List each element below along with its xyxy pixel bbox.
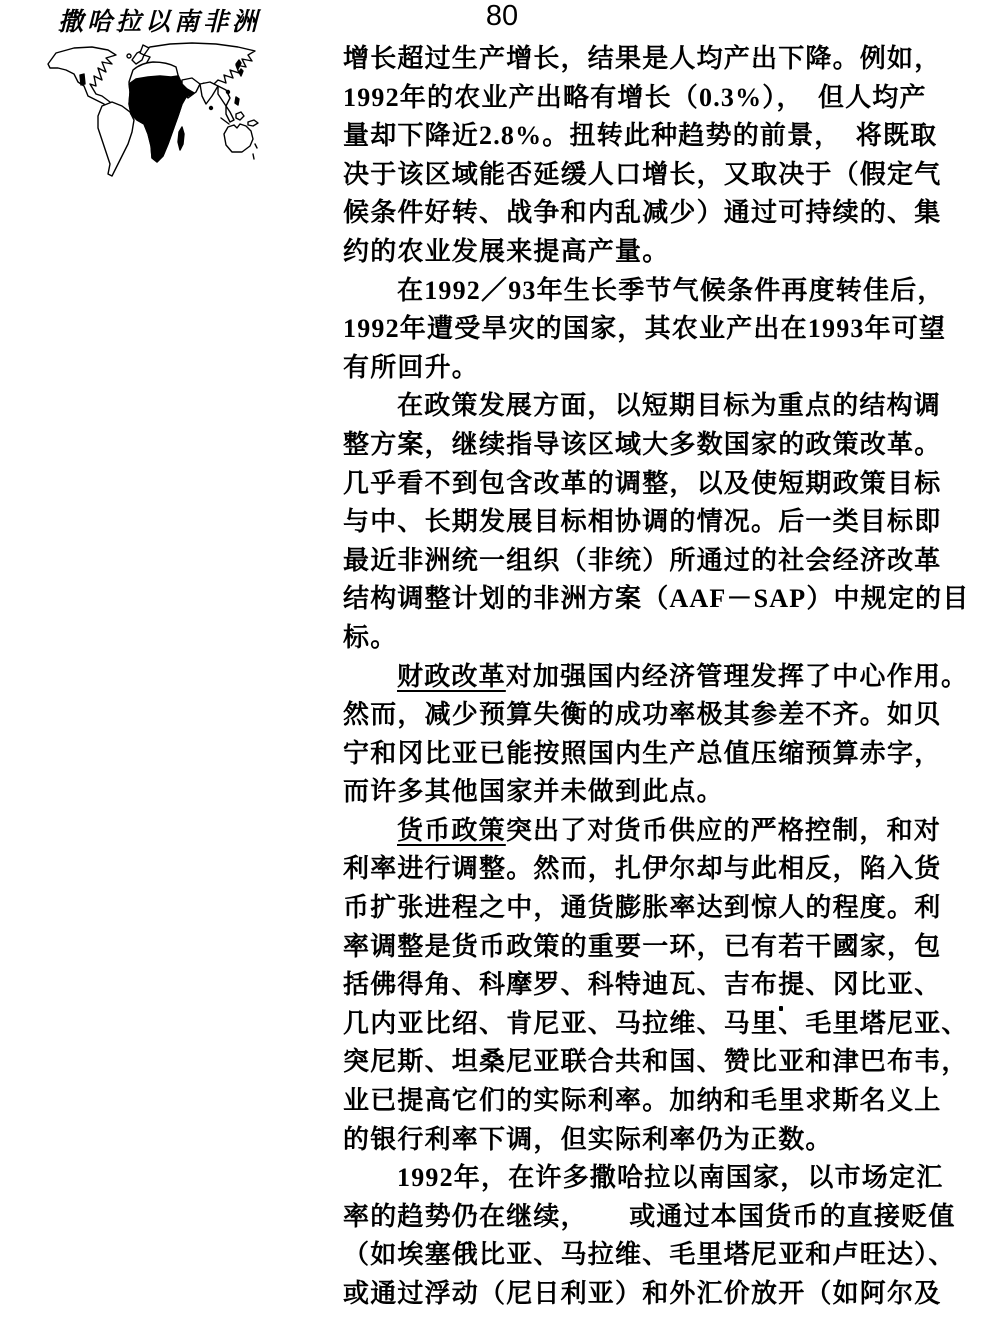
new-zealand-icon (255, 144, 257, 148)
world-map-africa-highlighted-icon (40, 40, 270, 192)
text-line: （如埃塞俄比亚、马拉维、毛里塔尼亚和卢旺达）、 (343, 1236, 983, 1275)
text-line: 突尼斯、坦桑尼亚联合共和国、赞比亚和津巴布韦， (343, 1043, 983, 1082)
text-line: 1992年的农业产出略有增长（0.3%）， 但人均产 (343, 79, 983, 118)
text-line: 决于该区域能否延缓人口增长，又取决于（假定气 (343, 156, 983, 195)
text-line: 的银行利率下调，但实际利率仍为正数。 (343, 1121, 983, 1160)
british-isles-icon (127, 54, 131, 58)
text-line: 货币政策突出了对货币供应的严格控制，和对 (343, 812, 983, 851)
new-guinea-outline (248, 120, 258, 126)
text-line: 1992年遭受旱灾的国家，其农业产出在1993年可望 (343, 310, 983, 349)
page-number: 80 (452, 0, 552, 33)
text-line: 约的农业发展来提高产量。 (343, 233, 983, 272)
text-line: 或通过浮动（尼日利亚）和外汇价放开（如阿尔及 (343, 1275, 983, 1314)
text-line: 增长超过生产增长，结果是人均产出下降。例如， (343, 40, 983, 79)
text-line: 1992年，在许多撒哈拉以南国家，以市场定汇 (343, 1159, 983, 1198)
text-line: 几内亚比绍、肯尼亚、马拉维、马里、毛里塔尼亚、 (343, 1005, 983, 1044)
text-line: 币扩张进程之中，通货膨胀率达到惊人的程度。利 (343, 889, 983, 928)
text-line: 候条件好转、战争和内乱减少）通过可持续的、集 (343, 194, 983, 233)
scan-artifact-dot (779, 1006, 783, 1011)
taiwan-icon (227, 91, 230, 94)
text-line: 财政改革对加强国内经济管理发挥了中心作用。 (343, 658, 983, 697)
text-line: 宁和冈比亚已能按照国内生产总值压缩预算赤字， (343, 735, 983, 774)
new-zealand-icon (253, 154, 254, 159)
text-line: 率的趋势仍在继续， 或通过本国货币的直接贬值 (343, 1198, 983, 1237)
map-mark (80, 74, 85, 85)
malay-peninsula-outline (226, 106, 234, 122)
text-line: 率调整是货币政策的重要一环，已有若干國家，包 (343, 928, 983, 967)
text-line: 括佛得角、科摩罗、科特迪瓦、吉布提、冈比亚、 (343, 966, 983, 1005)
text-line: 与中、长期发展目标相协调的情况。后一类目标即 (343, 503, 983, 542)
document-page: 撒哈拉以南非洲 80 (0, 0, 1000, 1325)
borneo-outline (236, 112, 244, 120)
madagascar-highlight (178, 127, 184, 150)
text-line: 在政策发展方面，以短期目标为重点的结构调 (343, 387, 983, 426)
text-line: 量却下降近2.8%。扭转此种趋势的前景， 将既取 (343, 117, 983, 156)
text-line: 在1992／93年生长季节气候条件再度转佳后， (343, 272, 983, 311)
text-line: 几乎看不到包含改革的调整，以及使短期政策目标 (343, 465, 983, 504)
text-line: 整方案，继续指导该区域大多数国家的政策改革。 (343, 426, 983, 465)
southeast-asia-outline (218, 86, 230, 106)
underlined-term: 货币政策 (397, 816, 506, 845)
body-text: 增长超过生产增长，结果是人均产出下降。例如，1992年的农业产出略有增长（0.3… (343, 40, 983, 1314)
south-america-outline (98, 102, 134, 176)
text-line: 然而，减少预算失衡的成功率极其参差不齐。如贝 (343, 696, 983, 735)
philippines-icon (235, 97, 239, 105)
text-line: 结构调整计划的非洲方案（AAF－SAP）中规定的目 (343, 580, 983, 619)
text-line: 业已提高它们的实际利率。加纳和毛里求斯名义上 (343, 1082, 983, 1121)
text-line: 最近非洲统一组织（非统）所通过的社会经济改革 (343, 542, 983, 581)
text-line: 利率进行调整。然而，扎伊尔却与此相反，陷入货 (343, 850, 983, 889)
text-line: 标。 (343, 619, 983, 658)
underlined-term: 财政改革 (397, 662, 506, 691)
text-line: 有所回升。 (343, 349, 983, 388)
australia-outline (224, 124, 253, 152)
sub-saharan-africa-highlight (129, 76, 194, 162)
region-label: 撒哈拉以南非洲 (58, 2, 261, 38)
sri-lanka-icon (210, 107, 213, 110)
text-line: 而许多其他国家并未做到此点。 (343, 773, 983, 812)
india-outline (200, 82, 218, 104)
japan-icon (239, 69, 243, 76)
